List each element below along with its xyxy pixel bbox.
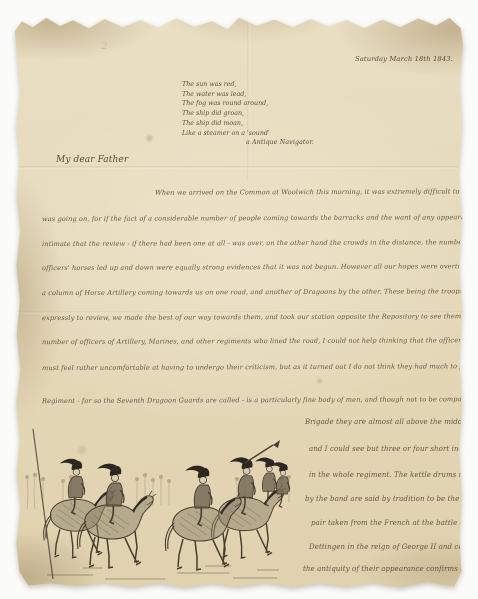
body-line: officers' horses led up and down were eq… [42, 262, 478, 272]
poem-line: Like a steamer on a 'sound' [182, 129, 270, 139]
left-riders-icon [44, 459, 156, 568]
side-line: Dettingen in the reign of George II and … [309, 543, 478, 551]
body-line: expressly to review, we made the best of… [42, 312, 478, 322]
poem-line: The water was lead, [182, 90, 270, 100]
side-line: in the whole regiment. The kettle drums … [309, 471, 476, 479]
side-line: by the band are said by tradition to be … [305, 495, 478, 503]
cavalry-sketch [19, 427, 304, 587]
poem-line: The sun was red, [182, 80, 270, 90]
side-line: pair taken from the French at the battle… [311, 519, 467, 527]
poem-line: The ship did moan, [182, 119, 270, 129]
date-line: Saturday March 18th 1843. [355, 55, 453, 63]
poem-quotation: The sun was red, The water was lead, The… [182, 80, 270, 138]
body-line: When we arrived on the Common at Woolwic… [155, 187, 478, 197]
photo-of-letter: 2 Saturday March 18th 1843. The sun was … [0, 0, 478, 599]
body-line: must feel rather uncomfortable at having… [42, 362, 478, 372]
letter-paper: 2 Saturday March 18th 1843. The sun was … [15, 11, 463, 589]
body-line: number of officers of Artillery, Marines… [42, 336, 478, 346]
pencil-mark: 2 [101, 41, 107, 52]
poem-attribution: a Antique Navigator. [246, 139, 314, 146]
lance-icon [33, 429, 53, 579]
side-line: Brigade they are almost all above the mi… [305, 418, 478, 426]
body-line: Regiment - for so the Seventh Dragoon Gu… [42, 395, 478, 405]
ground-hatching-icon [47, 566, 279, 579]
paper-shadow: 2 Saturday March 18th 1843. The sun was … [0, 0, 478, 599]
body-line: a column of Horse Artillery coming towar… [42, 287, 478, 297]
poem-line: The fog was round around, [182, 99, 270, 109]
body-line: intimate that the review - if there had … [42, 238, 478, 248]
body-line: was going on, for if the fact of a consi… [42, 213, 478, 223]
fold-crease [15, 166, 463, 169]
side-line: and I could see but three or four short … [309, 445, 478, 453]
right-riders-icon [165, 440, 289, 570]
salutation: My dear Father [56, 155, 128, 165]
side-line: the antiquity of their appearance confir… [303, 565, 472, 573]
poem-line: The ship did groan, [182, 109, 270, 119]
